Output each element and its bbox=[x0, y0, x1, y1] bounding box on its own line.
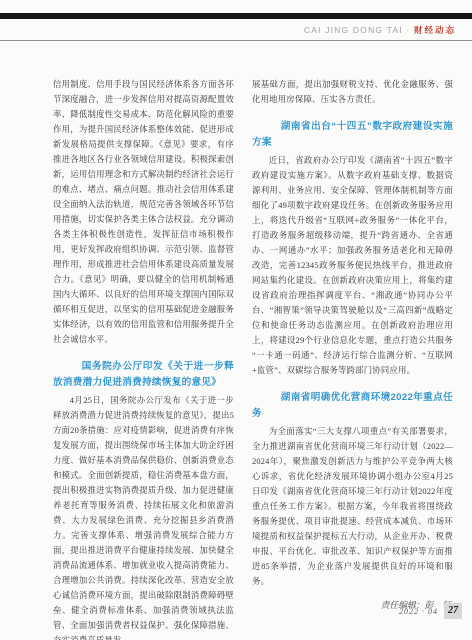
paragraph: 为全面落实“三大支撑八项重点”有关部署要求，全力推进湖南省优化营商环境三年行动计… bbox=[252, 424, 453, 589]
column-right: 展基础方面，提出加强财税支持、优化金融服务、强化用地用房保障、压实各方责任。 湖… bbox=[252, 77, 453, 640]
article-heading: 湖南省明确优化营商环境2022年重点任务 bbox=[252, 390, 453, 421]
page-footer: 2022 · 04 27 bbox=[399, 603, 462, 619]
article-heading: 国务院办公厅印发《关于进一步释放消费潜力促进消费持续恢复的意见》 bbox=[53, 359, 234, 390]
paragraph-continuation: 展基础方面，提出加强财税支持、优化金融服务、强化用地用房保障、压实各方责任。 bbox=[252, 77, 453, 107]
page-body: 信用制度、信用手段与国民经济体系各方面各环节深度融合，进一步发挥信用对提高资源配… bbox=[53, 77, 453, 640]
page-top-rule bbox=[0, 13, 472, 19]
paragraph-continuation: 信用制度、信用手段与国民经济体系各方面各环节深度融合，进一步发挥信用对提高资源配… bbox=[53, 77, 234, 347]
page-number-badge: 27 bbox=[444, 603, 462, 619]
paragraph: 近日，省政府办公厅印发《湖南省“十四五”数字政府建设实施方案》。从数字政府基础支… bbox=[252, 153, 453, 378]
magazine-page: { "header": { "latin": "CAI JING DONG TA… bbox=[0, 0, 472, 640]
paragraph: 4月25日，国务院办公厅发布《关于进一步释放消费潜力促进消费持续恢复的意见》，提… bbox=[53, 393, 234, 640]
running-header: CAI JING DONG TAI · 财经动态 bbox=[0, 24, 456, 36]
article-heading: 湖南省出台“十四五”数字政府建设实施方案 bbox=[252, 119, 453, 150]
column-left: 信用制度、信用手段与国民经济体系各方面各环节深度融合，进一步发挥信用对提高资源配… bbox=[53, 77, 234, 640]
section-name-latin: CAI JING DONG TAI · bbox=[304, 25, 411, 35]
issue-label: 2022 · 04 bbox=[399, 607, 438, 616]
section-name-chinese: 财经动态 bbox=[414, 25, 456, 35]
header-rule bbox=[0, 40, 472, 41]
